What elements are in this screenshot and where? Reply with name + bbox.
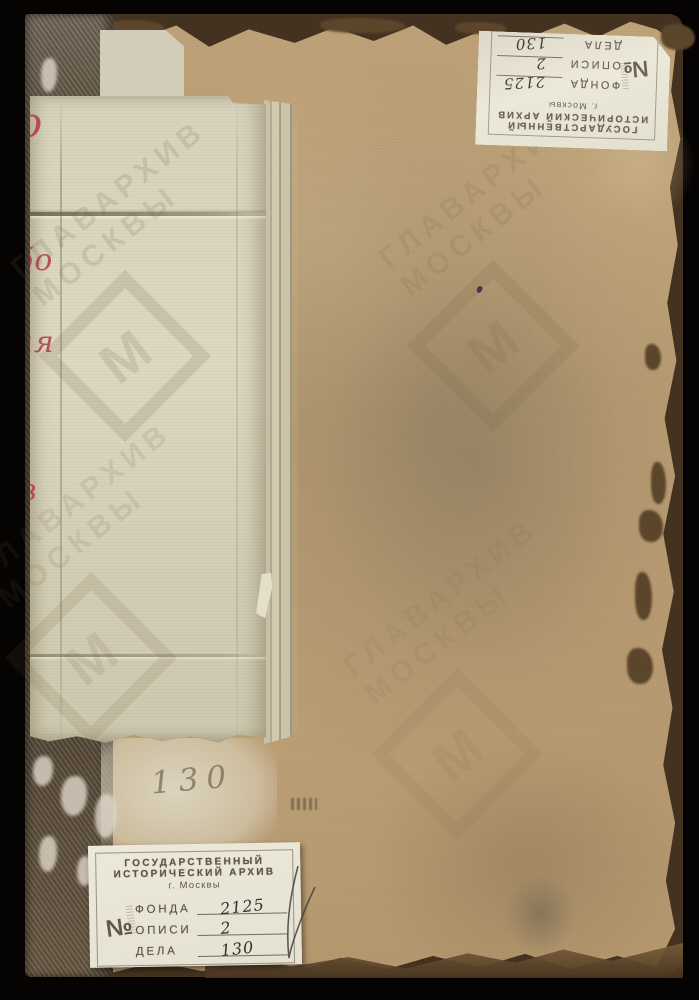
stamp-org-line3: г. Москвы <box>103 878 287 892</box>
stamp-row-label: ОПИСИ <box>562 57 621 70</box>
stamp-row-label: ФОНДА <box>135 903 197 916</box>
fold-crease <box>236 96 238 744</box>
torn-edge-patch <box>639 510 663 542</box>
torn-edge-patch <box>661 24 695 50</box>
stamp-row-line: 2125 <box>496 75 562 96</box>
fold-crease <box>30 212 266 216</box>
faint-scribble <box>291 798 317 810</box>
stamp-row-label: ДЕЛА <box>136 945 198 958</box>
fold-crease <box>60 96 62 744</box>
stamp-number-sign: № <box>618 39 653 99</box>
torn-edge-patch <box>320 18 406 33</box>
pencil-file-number: 130 <box>150 758 236 801</box>
handwritten-fond-number: 2125 <box>502 73 545 93</box>
torn-edge-patch <box>651 462 666 504</box>
stacked-page-edges <box>264 100 304 744</box>
stamp-row-line: 2 <box>496 55 562 76</box>
stamp-row-opis: ОПИСИ 2 <box>497 55 622 77</box>
torn-edge-patch <box>635 572 652 620</box>
red-handwriting-fragment: в <box>30 476 37 506</box>
red-handwriting-fragment: ая <box>30 328 55 358</box>
handwritten-delo-number: 130 <box>514 34 546 53</box>
fold-crease <box>30 654 266 657</box>
stamp-row-line: 2125 <box>197 893 287 915</box>
red-handwriting-fragment: бо <box>30 246 53 276</box>
stamp-row-label: ОПИСИ <box>135 924 197 937</box>
stamp-number-sign: № <box>99 895 139 960</box>
scan-background: о бо ая в ГЛАВАРХИВ МОСКВЫ М ГЛАВАРХИВ М… <box>0 0 699 1000</box>
archive-stamp: ГОСУДАРСТВЕННЫЙ ИСТОРИЧЕСКИЙ АРХИВ г. Мо… <box>488 28 659 141</box>
stamp-row-delo: ДЕЛА 130 <box>136 936 288 958</box>
archive-label-top: ГОСУДАРСТВЕННЫЙ ИСТОРИЧЕСКИЙ АРХИВ г. Мо… <box>475 31 671 152</box>
stamp-row-line: 130 <box>497 35 563 56</box>
stamp-row-fond: ФОНДА 2125 <box>135 894 287 916</box>
spine-label-strip: о бо ая в <box>30 96 266 744</box>
stamp-row-label: ФОНДА <box>562 77 621 90</box>
torn-edge-patch <box>627 648 653 684</box>
stamp-row-line: 130 <box>198 935 288 957</box>
stamp-row-label: ДЕЛА <box>563 38 622 51</box>
archive-stamp: ГОСУДАРСТВЕННЫЙ ИСТОРИЧЕСКИЙ АРХИВ г. Мо… <box>95 849 295 966</box>
archive-label-bottom: ГОСУДАРСТВЕННЫЙ ИСТОРИЧЕСКИЙ АРХИВ г. Мо… <box>88 842 302 968</box>
stamp-row-opis: ОПИСИ 2 <box>135 915 287 937</box>
stamp-row-line: 2 <box>197 914 287 936</box>
book-cover: о бо ая в ГЛАВАРХИВ МОСКВЫ М ГЛАВАРХИВ М… <box>25 14 683 977</box>
handwritten-delo-number: 130 <box>220 938 255 960</box>
stamp-row-delo: ДЕЛА 130 <box>497 35 622 57</box>
torn-edge-patch <box>645 344 661 370</box>
red-handwriting-fragment: о <box>30 102 43 144</box>
stamp-row-fond: ФОНДА 2125 <box>496 75 621 97</box>
spine-label-strip-upper <box>100 30 184 104</box>
handwritten-opis-number: 2 <box>535 54 546 72</box>
handwritten-opis-number: 2 <box>220 918 233 938</box>
